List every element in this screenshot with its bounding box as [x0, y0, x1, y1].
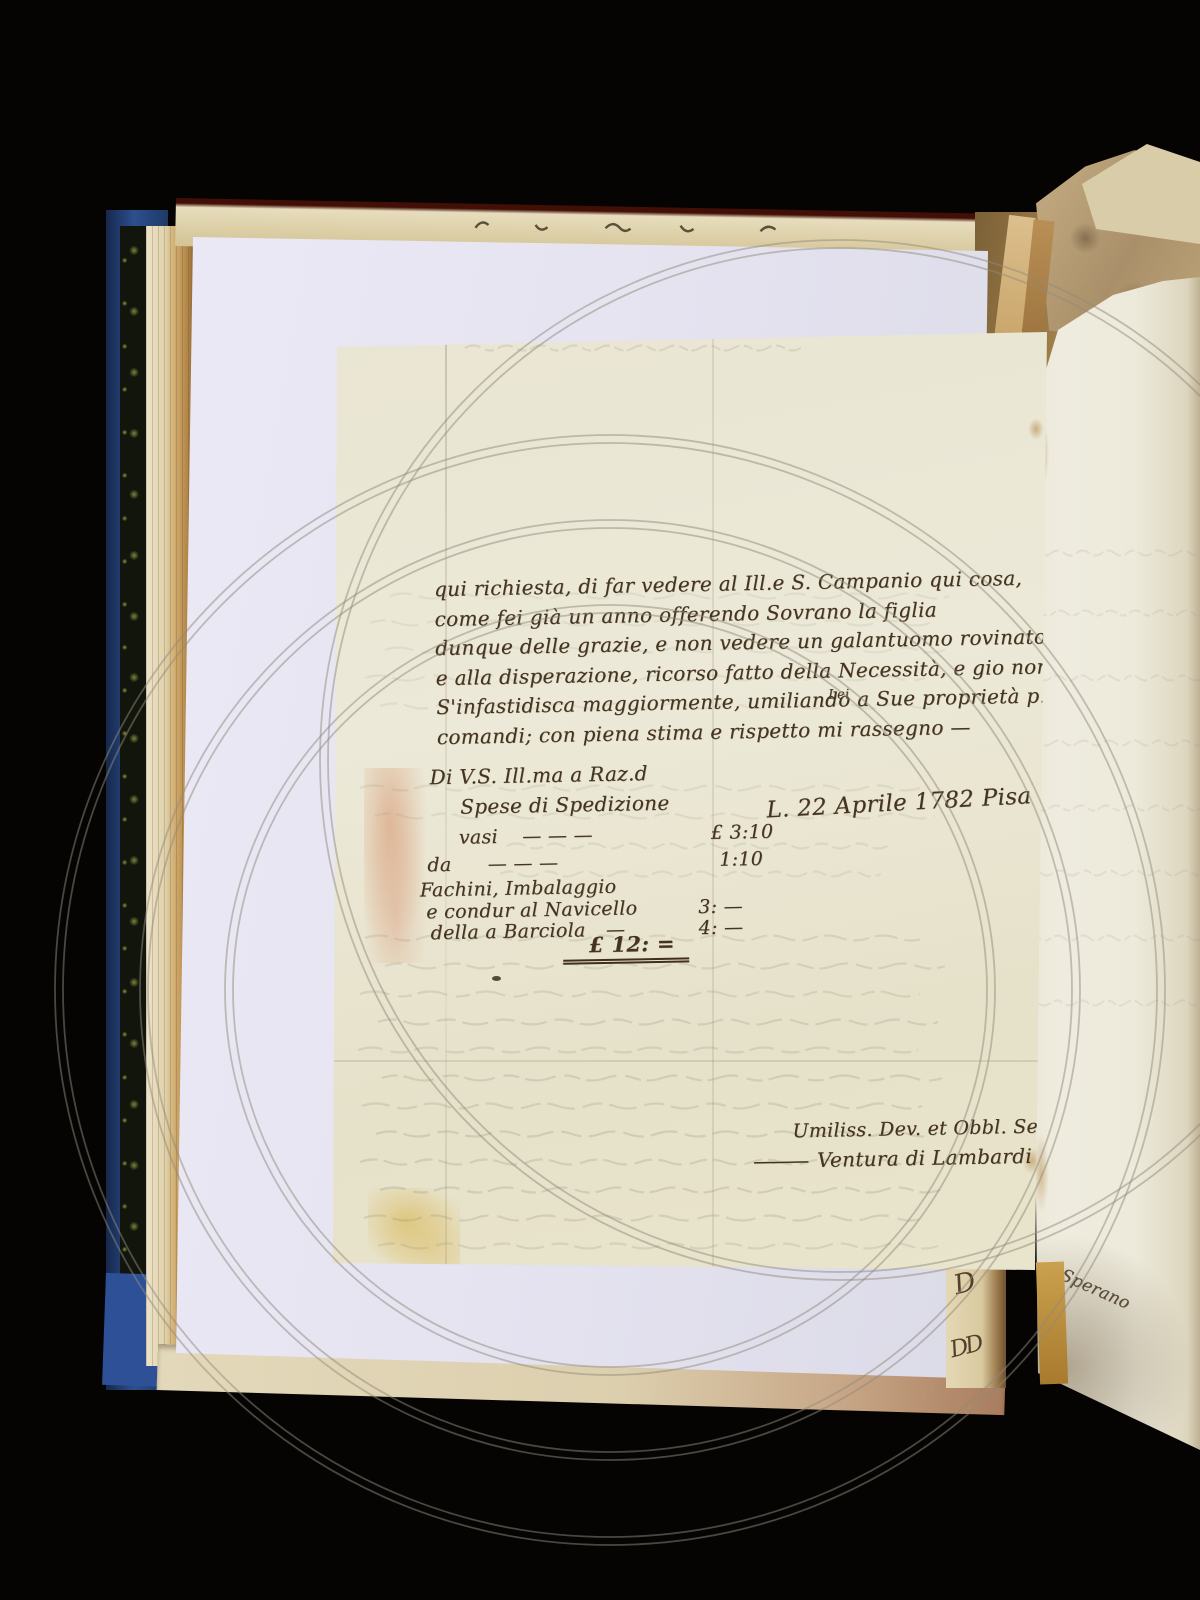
expenses-header: Spese di Spedizione: [460, 791, 670, 819]
signature-salutation: Umiliss. Dev. et Obbl. Ser.: [792, 1115, 1052, 1142]
manuscript-letter: qui richiesta, di far vedere al Ill.e S.…: [330, 318, 1052, 1270]
page-edge-amber-streak: [1036, 1262, 1068, 1385]
signature-dash: ———: [753, 1148, 807, 1173]
expenses-total: £ 12: =: [563, 930, 689, 964]
interline-note: Lei: [828, 687, 850, 702]
ink-flourish: DD: [947, 1331, 983, 1364]
photograph-of-open-book: Sperano D DD: [0, 0, 1200, 1600]
dateline: L. 22 Aprile 1782 Pisa: [766, 783, 1032, 823]
letter-text: qui richiesta, di far vedere al Ill.e S.…: [329, 305, 1069, 1271]
signature-name: ———Ventura di Lambardi: [753, 1144, 1032, 1173]
letter-body: qui richiesta, di far vedere al Ill.e S.…: [434, 563, 1062, 752]
page-curl-shadow: [1008, 1223, 1200, 1463]
ink-flourish: D: [951, 1266, 980, 1301]
page-edge-flourishes: D DD: [946, 1260, 1006, 1388]
expense-row: vasi — — — £ 3:10: [459, 824, 593, 849]
parchment-corner-light: [1082, 144, 1200, 244]
closing-salutation: Di V.S. Ill.ma a Raz.d: [429, 761, 648, 789]
expense-row: da — — — 1:10: [427, 852, 558, 877]
